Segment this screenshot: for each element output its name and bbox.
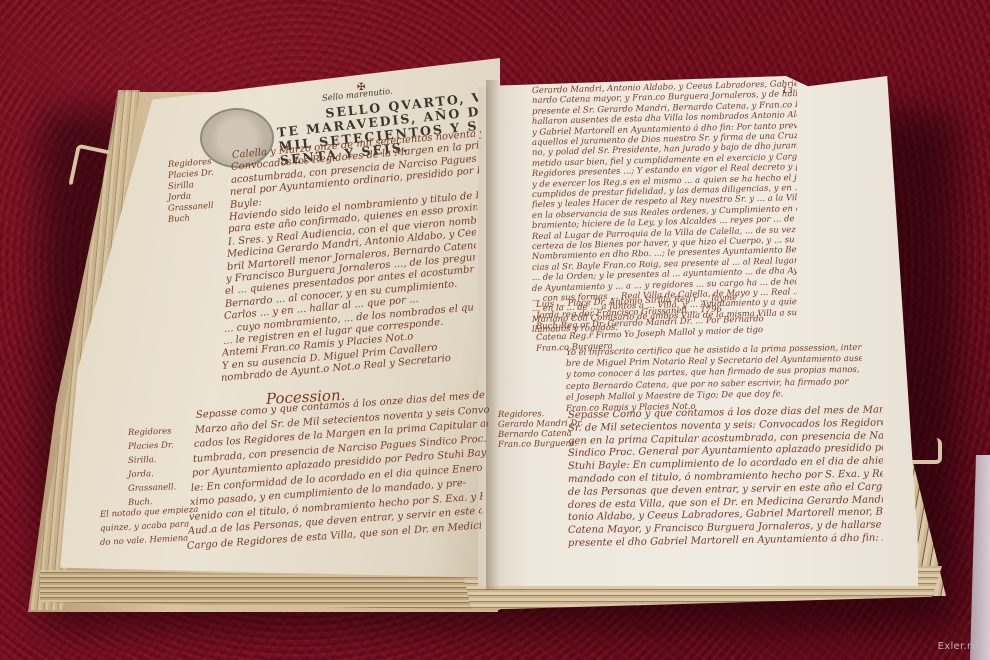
margin-name: Buch — [168, 213, 191, 225]
margin-name: Sirilla. — [128, 455, 157, 466]
book-gutter — [486, 80, 500, 590]
margin-name: Sirilla — [168, 180, 194, 192]
margin-name: Jorda — [168, 191, 192, 203]
margin-name: Jorda. — [128, 469, 154, 480]
margin-name: Grassanell. — [128, 482, 177, 494]
margin-name: Fran.co Burguera. — [498, 439, 578, 450]
margin-name: Placies Dr. — [128, 440, 174, 452]
margin-name: Regidores — [128, 426, 172, 438]
watermark: Exler.ru — [938, 641, 978, 652]
margin-name: Buch. — [128, 497, 153, 508]
